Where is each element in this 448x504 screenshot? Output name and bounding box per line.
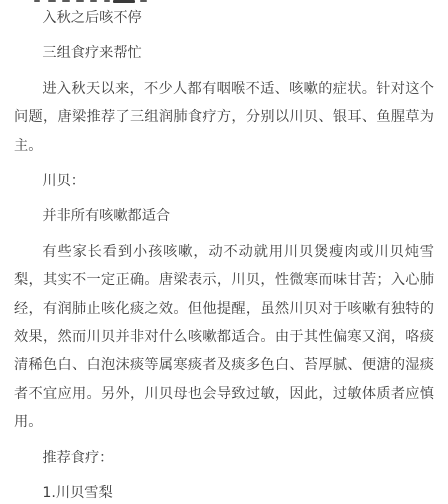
- recipe-item-1: 1.川贝雪梨: [14, 479, 434, 504]
- section-subheading-chuanbei: 并非所有咳嗽都适合: [14, 202, 434, 230]
- headline-line-1: 入秋之后咳不停: [14, 4, 434, 32]
- cropped-text-fragment: [0, 0, 448, 3]
- recommended-recipes-heading: 推荐食疗：: [14, 444, 434, 472]
- article-page: 入秋之后咳不停 三组食疗来帮忙 进入秋天以来，不少人都有咽喉不适、咳嗽的症状。针…: [0, 0, 448, 504]
- paragraph-chuanbei-detail: 有些家长看到小孩咳嗽，动不动就用川贝煲瘦肉或川贝炖雪梨，其实不一定正确。唐梁表示…: [14, 238, 434, 437]
- section-heading-chuanbei: 川贝：: [14, 167, 434, 195]
- paragraph-intro: 进入秋天以来，不少人都有咽喉不适、咳嗽的症状。针对这个问题，唐梁推荐了三组润肺食…: [14, 75, 434, 160]
- headline-line-2: 三组食疗来帮忙: [14, 39, 434, 67]
- article-body: 入秋之后咳不停 三组食疗来帮忙 进入秋天以来，不少人都有咽喉不适、咳嗽的症状。针…: [0, 0, 448, 504]
